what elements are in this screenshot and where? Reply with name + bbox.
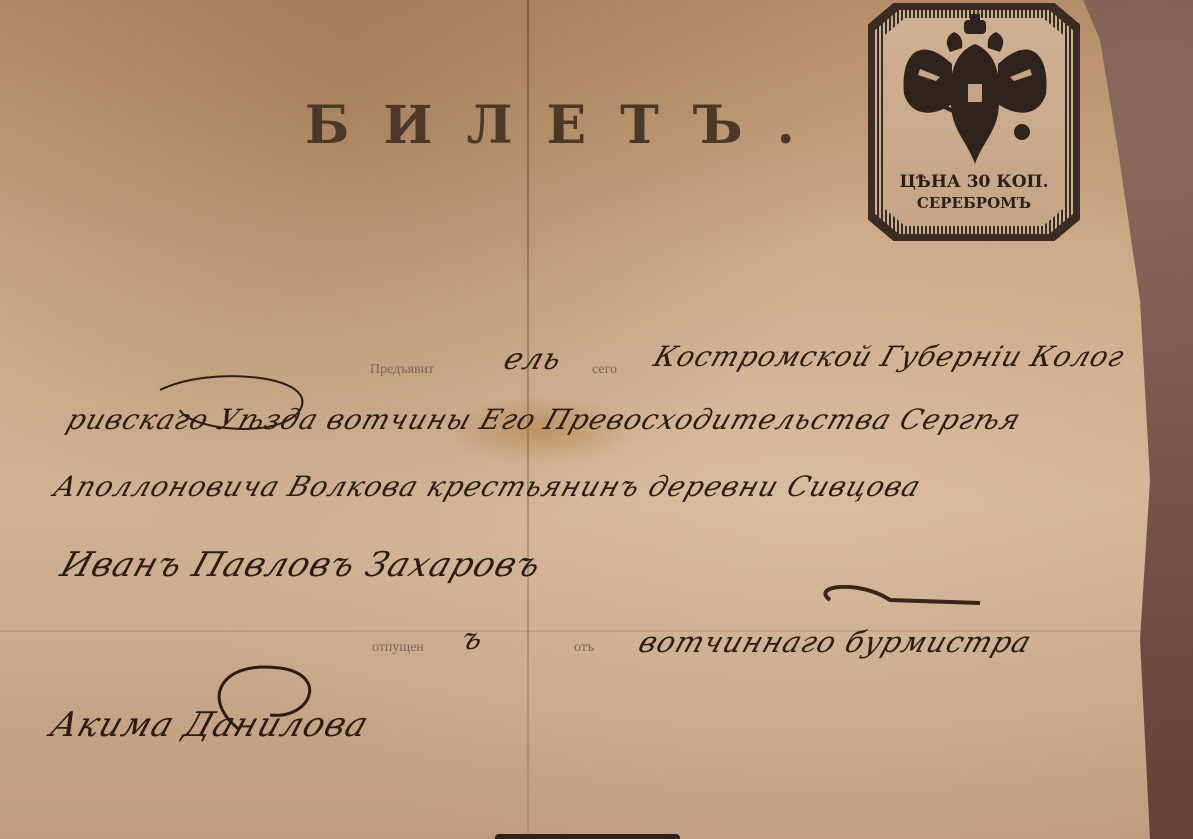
handwriting-flourish [150,370,340,450]
stamp-price: ЦѢНА 30 КОП. [880,172,1068,192]
stamp-currency: СЕРЕБРОМЪ [880,194,1068,212]
double-headed-eagle-icon [890,14,1060,174]
handwritten-ending: ель [499,342,567,377]
handwritten-owner-peasant: Аполлоновича Волкова крестьянинъ деревни… [50,470,926,503]
printed-label-from: отъ [574,640,594,656]
handwriting-flourish [810,585,990,625]
handwritten-province: Костромской Губерніи Колог [650,340,1130,373]
printed-label-presenter: Предъявит [370,362,434,378]
handwritten-steward-title: вотчиннаго бурмистра [634,625,1036,659]
document-title: БИЛЕТЪ. [305,95,829,156]
screen-home-indicator [495,834,680,839]
printed-label-of-this: сего [592,362,617,378]
handwritten-bearer-name: Иванъ Павловъ Захаровъ [56,545,547,585]
handwriting-flourish [200,660,330,740]
printed-label-released: отпущен [372,640,424,656]
